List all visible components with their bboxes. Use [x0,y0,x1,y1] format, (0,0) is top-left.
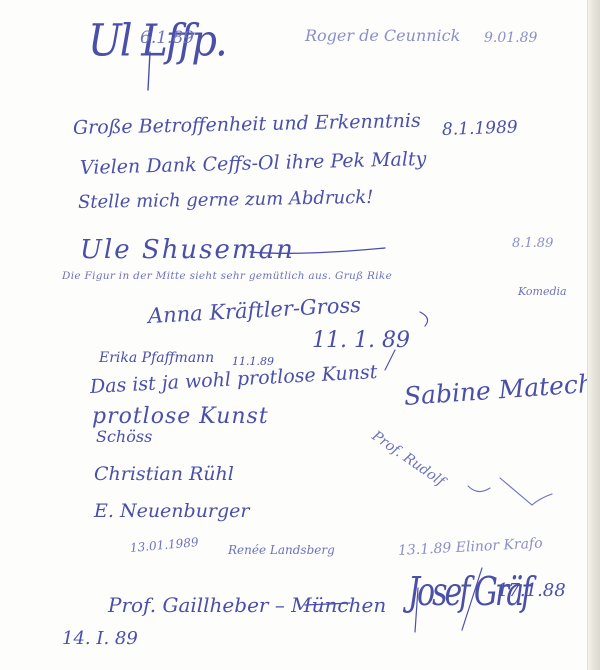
page-gutter [587,0,600,670]
guestbook-page: Ul Lffp. 6.1.89 Roger de Ceunnick 9.01.8… [0,0,600,670]
pen-flourish [0,0,600,670]
